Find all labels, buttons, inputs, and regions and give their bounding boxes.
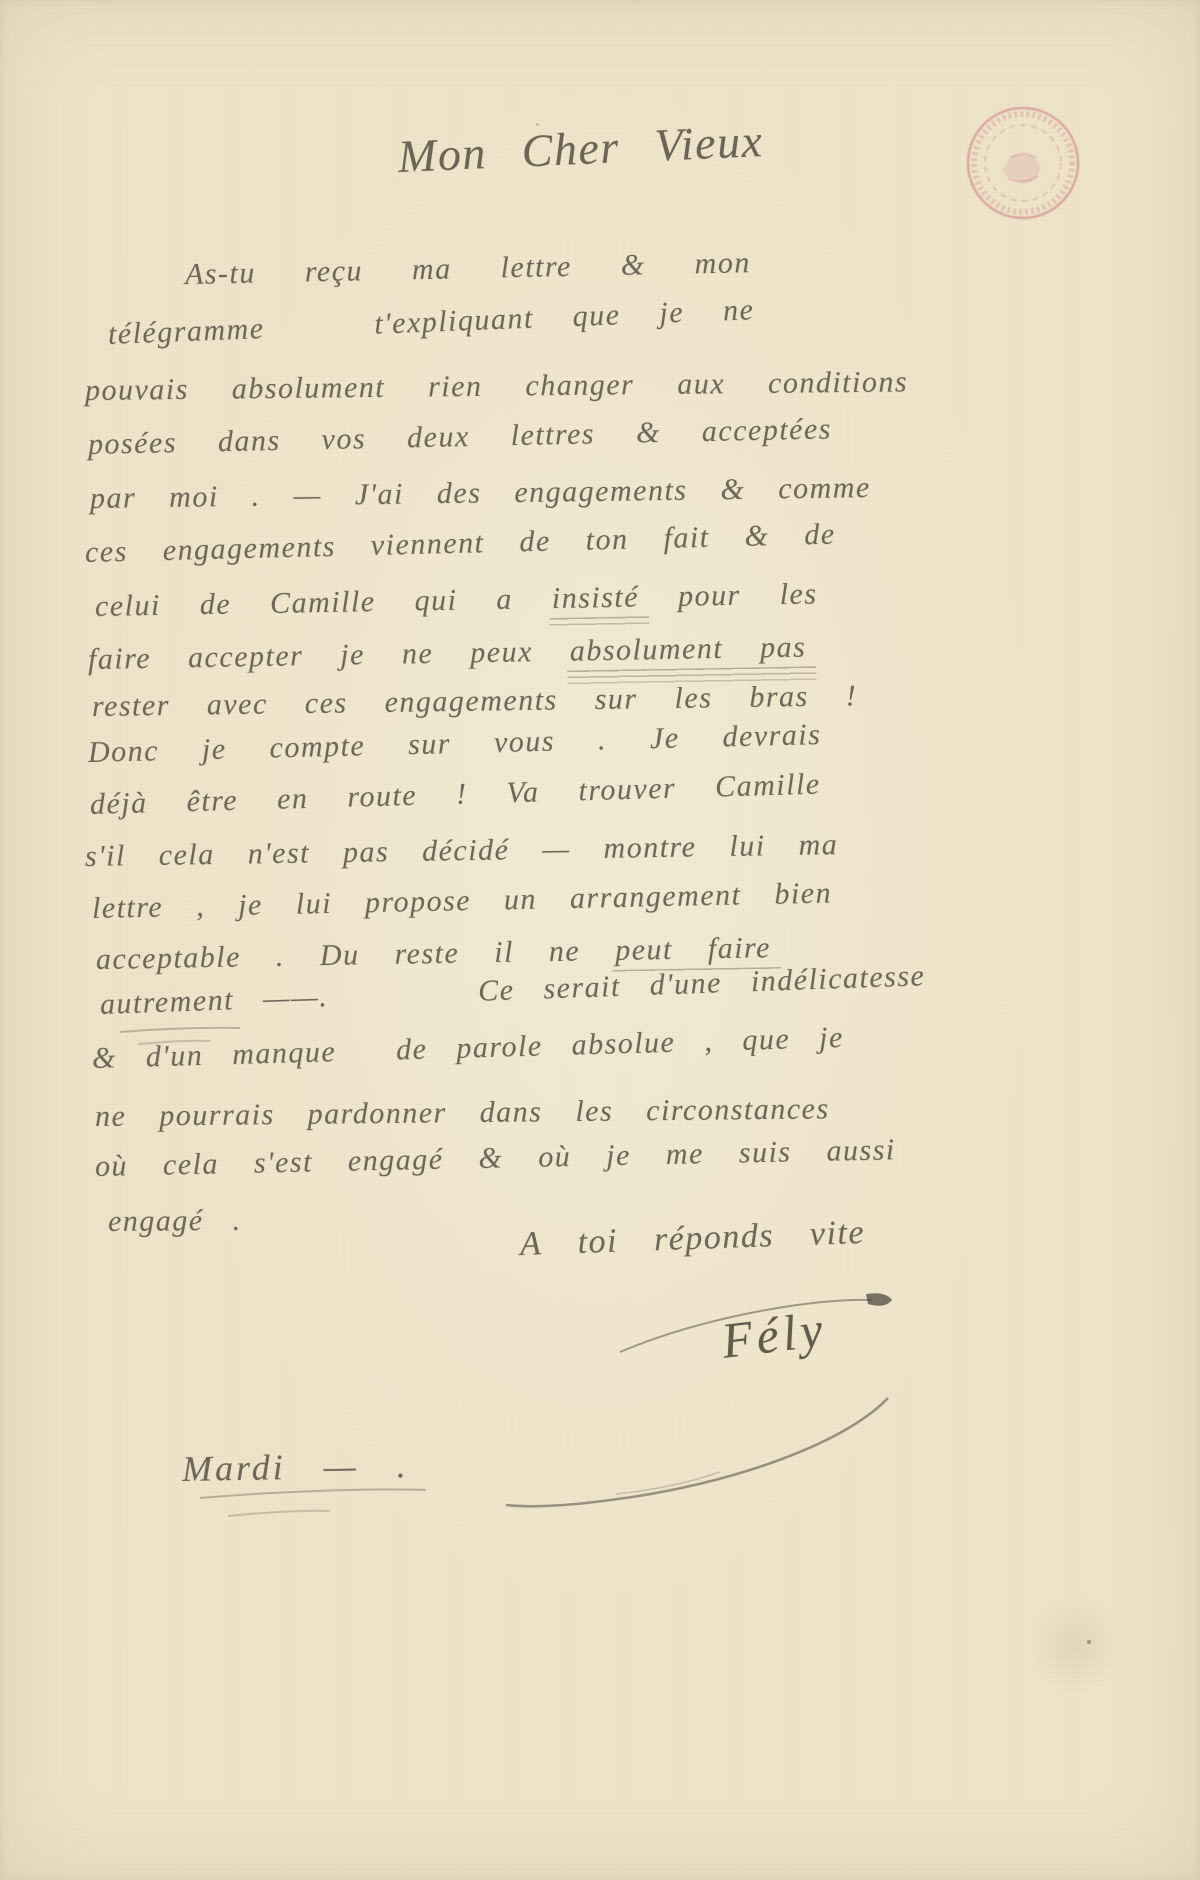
letter-line: ces engagements viennent de ton fait & d… (85, 518, 836, 570)
line-segment: & d'un manque (92, 1035, 337, 1075)
line-segment: t'expliquant que je ne (374, 293, 755, 341)
line-segment: autrement ——. (99, 980, 328, 1021)
paper-speck (1087, 1640, 1091, 1644)
letter-line: par moi . — J'ai des engagements & comme (90, 471, 871, 516)
letter-line: où cela s'est engagé & où je me suis aus… (95, 1133, 896, 1184)
underlined-word: absolument pas (570, 630, 807, 667)
letter-line: télégrammet'expliquant que je ne (107, 293, 755, 352)
line-segment: faire accepter je ne peux (88, 635, 570, 676)
date-line: Mardi — . (182, 1444, 409, 1490)
letter-line: faire accepter je ne peux absolument pas (88, 630, 807, 677)
underlined-word: peut faire (615, 931, 771, 967)
line-segment: télégramme (107, 312, 265, 351)
line-segment: celui de Camille qui a (95, 582, 552, 623)
line-segment: de parole absolue , que je (396, 1021, 845, 1066)
letter-line: celui de Camille qui a insisté pour les (95, 577, 818, 624)
salutation: Mon Cher Vieux (397, 114, 765, 183)
letter-line: s'il cela n'est pas décidé — montre lui … (85, 828, 839, 874)
letter-line: ne pourrais pardonner dans les circonsta… (95, 1092, 830, 1134)
closing: A toi réponds vite (519, 1214, 865, 1264)
line-segment: acceptable . Du reste il ne (96, 934, 616, 976)
letter-line: posées dans vos deux lettres & acceptées (88, 412, 833, 462)
underlined-word: insisté (552, 581, 640, 616)
signature: Fély (718, 1299, 829, 1369)
circular-red-stamp-icon (958, 98, 1088, 228)
letter-line: As-tu reçu ma lettre & mon (185, 246, 751, 292)
letter-line: déjà être en route ! Va trouver Camille (90, 768, 822, 822)
paper-speck (536, 123, 539, 126)
letter-line: lettre , je lui propose un arrangement b… (92, 877, 833, 926)
letter-line: & d'un manquede parole absolue , que je (92, 1021, 845, 1076)
letter-page: Mon Cher Vieux As-tu reçu ma lettre & mo… (0, 0, 1200, 1880)
signature-flourish (420, 1280, 980, 1520)
letter-line: Donc je compte sur vous . Je devrais (88, 718, 822, 770)
line-segment: pour les (639, 577, 818, 613)
letter-line: pouvais absolument rien changer aux cond… (85, 365, 908, 408)
letter-line: engagé . (108, 1204, 242, 1239)
paper-stain (1030, 1595, 1120, 1695)
letter-line: rester avec ces engagements sur les bras… (92, 679, 858, 724)
